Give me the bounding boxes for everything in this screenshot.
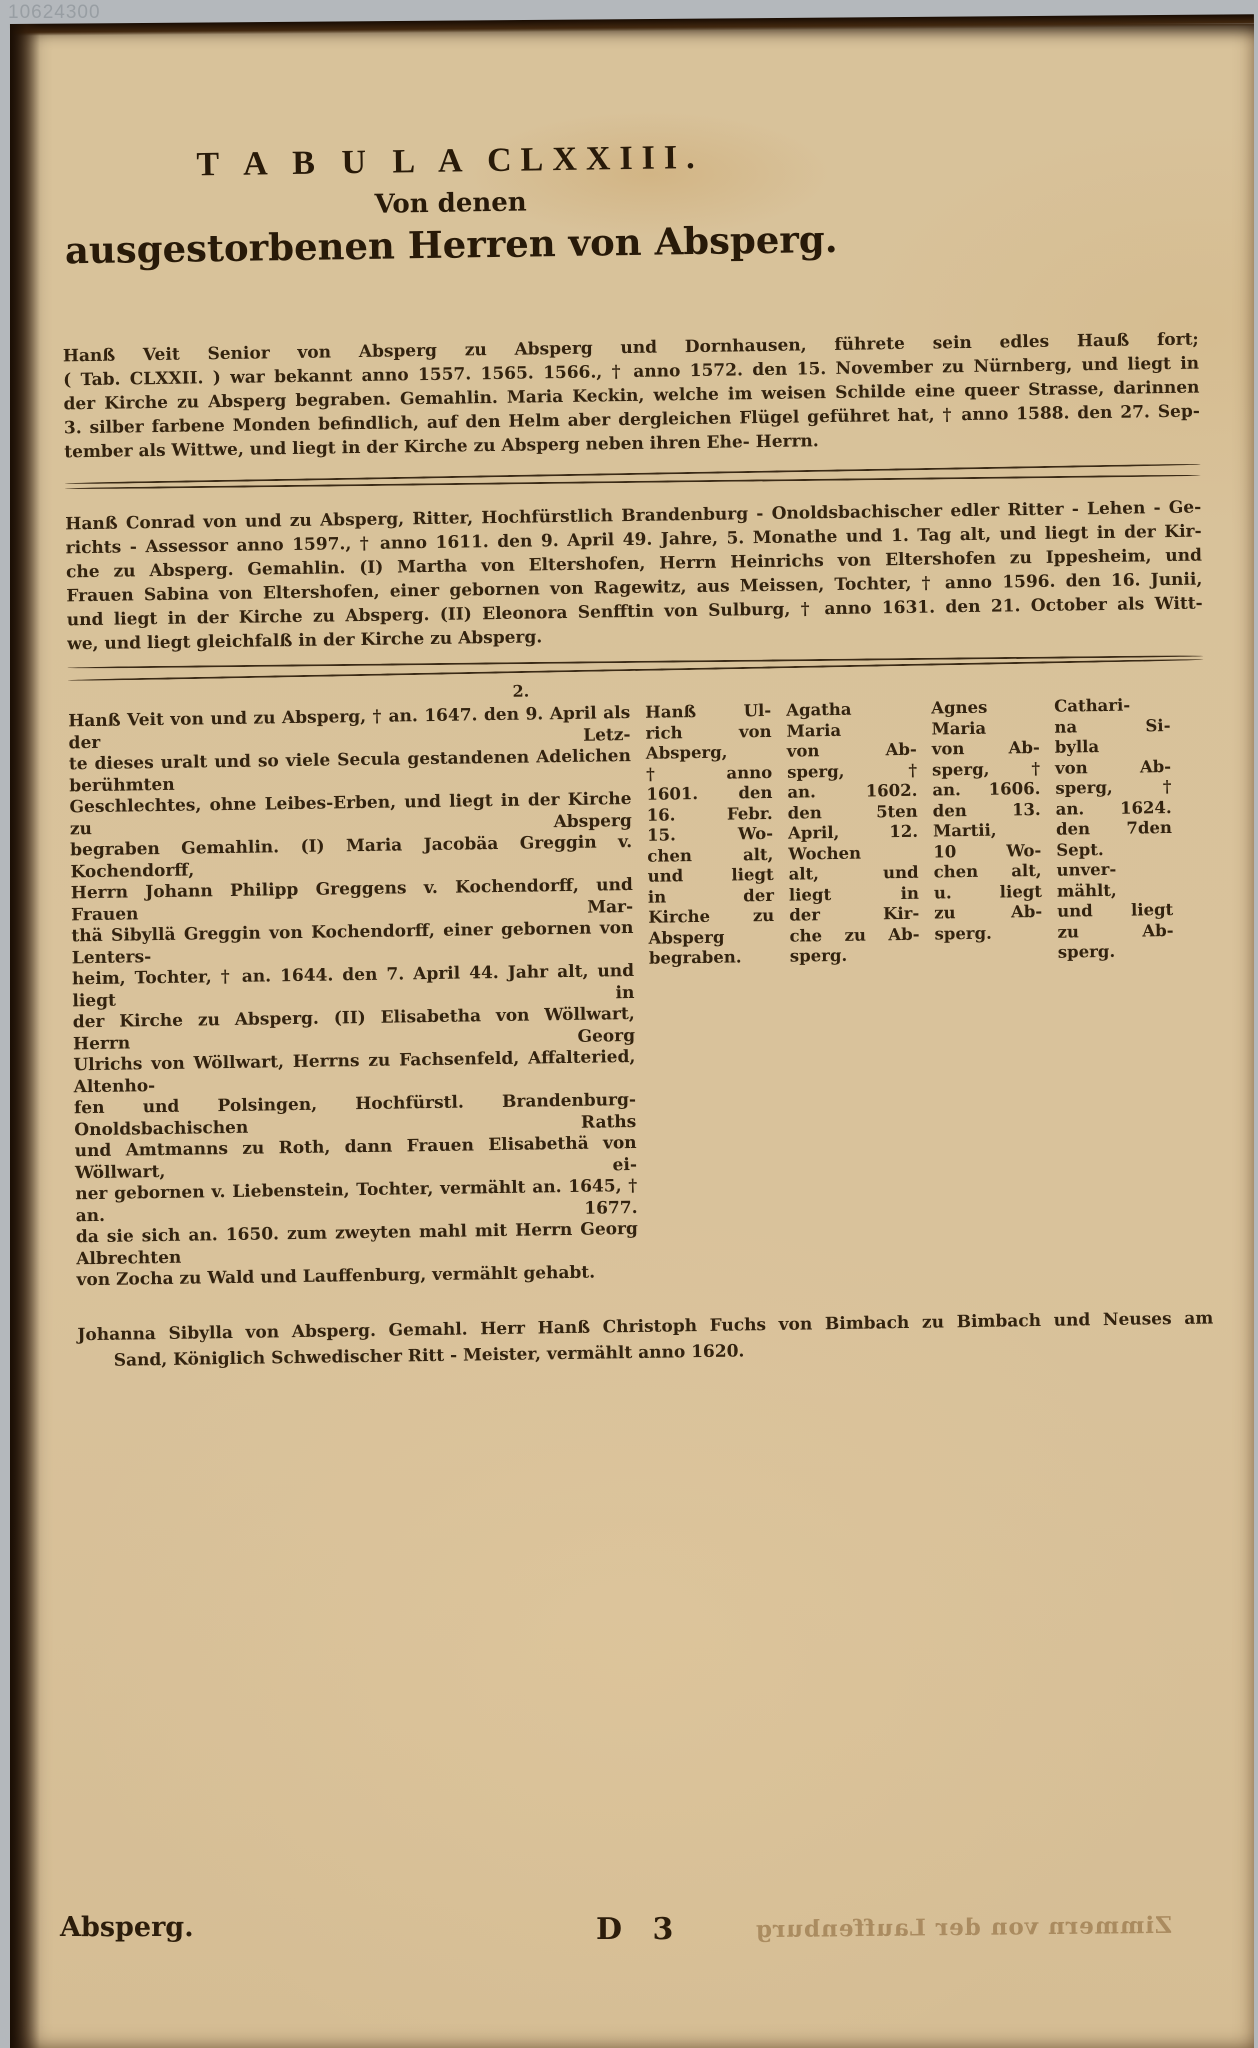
- page-footer: Absperg. D 3 Zimmern von der Lauffenburg: [58, 1908, 1202, 1978]
- text-line: Cathari-: [1054, 695, 1170, 717]
- text-line: che zu Ab-: [789, 924, 919, 946]
- text-line: sperg, †: [932, 758, 1040, 780]
- text-line: Absperg: [648, 926, 774, 948]
- family-name-heading: ausgestorbenen Herren von Absperg.: [61, 217, 842, 273]
- text-line: Hanß Ul-: [645, 701, 771, 723]
- text-line: na Si-: [1054, 716, 1170, 738]
- text-line: Kirche zu: [648, 906, 774, 928]
- text-line: begraben.: [649, 947, 775, 969]
- text-line: an. 1602.: [787, 781, 917, 803]
- text-line: 16. Febr.: [647, 803, 773, 825]
- text-line: an. 1624.: [1056, 797, 1172, 819]
- text-line: den 7den: [1056, 818, 1172, 840]
- text-line: mählt,: [1057, 879, 1173, 901]
- text-line: Wochen: [788, 842, 918, 864]
- text-line: 10 Wo-: [933, 840, 1041, 862]
- text-line: zu Ab-: [934, 902, 1042, 924]
- paragraph-hans-veit-senior: Hanß Veit Senior von Absperg zu Absperg …: [63, 328, 1201, 465]
- text-line: alt, und: [788, 863, 918, 885]
- text-line: zu Ab-: [1057, 920, 1173, 942]
- text-line: von Ab-: [1055, 756, 1171, 778]
- text-line: und liegt: [648, 865, 774, 887]
- paragraph-hans-conrad: Hanß Conrad von und zu Absperg, Ritter, …: [65, 496, 1203, 657]
- text-line: Sept.: [1056, 838, 1172, 860]
- signature-mark: D 3: [596, 1912, 683, 1947]
- column-agnes-maria: AgnesMariavon Ab-sperg, †an. 1606.den 13…: [931, 697, 1048, 1279]
- text-line: sperg.: [934, 922, 1042, 944]
- page-title: T A B U L A CLXXIII.: [60, 137, 840, 187]
- divider-rule: [67, 652, 1203, 685]
- divider-rule: [65, 464, 1201, 497]
- column-agatha-maria: AgathaMariavon Ab-sperg, †an. 1602.den 5…: [786, 699, 925, 1281]
- text-line: chen alt,: [933, 861, 1041, 883]
- scan-id-number: 10624300: [8, 2, 101, 24]
- genealogy-columns: Hanß Veit von und zu Absperg, † an. 1647…: [68, 694, 1212, 1291]
- text-line: von Ab-: [932, 738, 1040, 760]
- catchword: Absperg.: [60, 1912, 194, 1943]
- text-line: liegt in: [789, 883, 919, 905]
- text-line: Agnes: [931, 697, 1039, 719]
- text-line: Agatha: [786, 699, 916, 721]
- text-line: chen alt,: [647, 844, 773, 866]
- section-number: 2.: [496, 681, 546, 701]
- text-line: u. liegt: [934, 881, 1042, 903]
- column-catharina-sibylla: Cathari-na Si-byllavon Ab-sperg, †an. 16…: [1054, 695, 1179, 1277]
- page-content: T A B U L A CLXXIII. Von denen ausgestor…: [58, 16, 1214, 1374]
- column-hans-ulrich: Hanß Ul-rich vonAbsperg,† anno1601. den1…: [645, 701, 780, 1283]
- text-line: 15. Wo-: [647, 824, 773, 846]
- page-heading: T A B U L A CLXXIII. Von denen ausgestor…: [60, 137, 842, 273]
- text-line: sperg, †: [1055, 777, 1171, 799]
- text-line: Maria: [786, 719, 916, 741]
- text-line: unver-: [1056, 859, 1172, 881]
- text-line: sperg.: [1058, 941, 1174, 963]
- column-hans-veit: Hanß Veit von und zu Absperg, † an. 1647…: [68, 703, 639, 1292]
- text-line: 1601. den: [646, 783, 772, 805]
- text-line: den 5ten: [788, 801, 918, 823]
- text-line: in der: [648, 885, 774, 907]
- text-line: der Kir-: [789, 904, 919, 926]
- text-line: bylla: [1055, 736, 1171, 758]
- bleedthrough-text: Zimmern von der Lauffenburg: [755, 1912, 1172, 1943]
- text-line: Absperg,: [646, 742, 772, 764]
- text-line: an. 1606.: [932, 779, 1040, 801]
- text-line: April, 12.: [788, 822, 918, 844]
- text-line: sperg, †: [787, 760, 917, 782]
- paragraph-johanna-sibylla: Johanna Sibylla von Absperg. Gemahl. Her…: [77, 1305, 1214, 1374]
- text-line: und liegt: [1057, 900, 1173, 922]
- text-line: rich von: [645, 721, 771, 743]
- book-page: T A B U L A CLXXIII. Von denen ausgestor…: [10, 24, 1254, 2048]
- text-line: den 13.: [933, 799, 1041, 821]
- text-line: † anno: [646, 762, 772, 784]
- text-line: Martii,: [933, 820, 1041, 842]
- text-line: sperg.: [790, 945, 920, 967]
- book-binding-shadow: [10, 24, 40, 2048]
- text-line: von Ab-: [787, 740, 917, 762]
- text-line: Maria: [931, 717, 1039, 739]
